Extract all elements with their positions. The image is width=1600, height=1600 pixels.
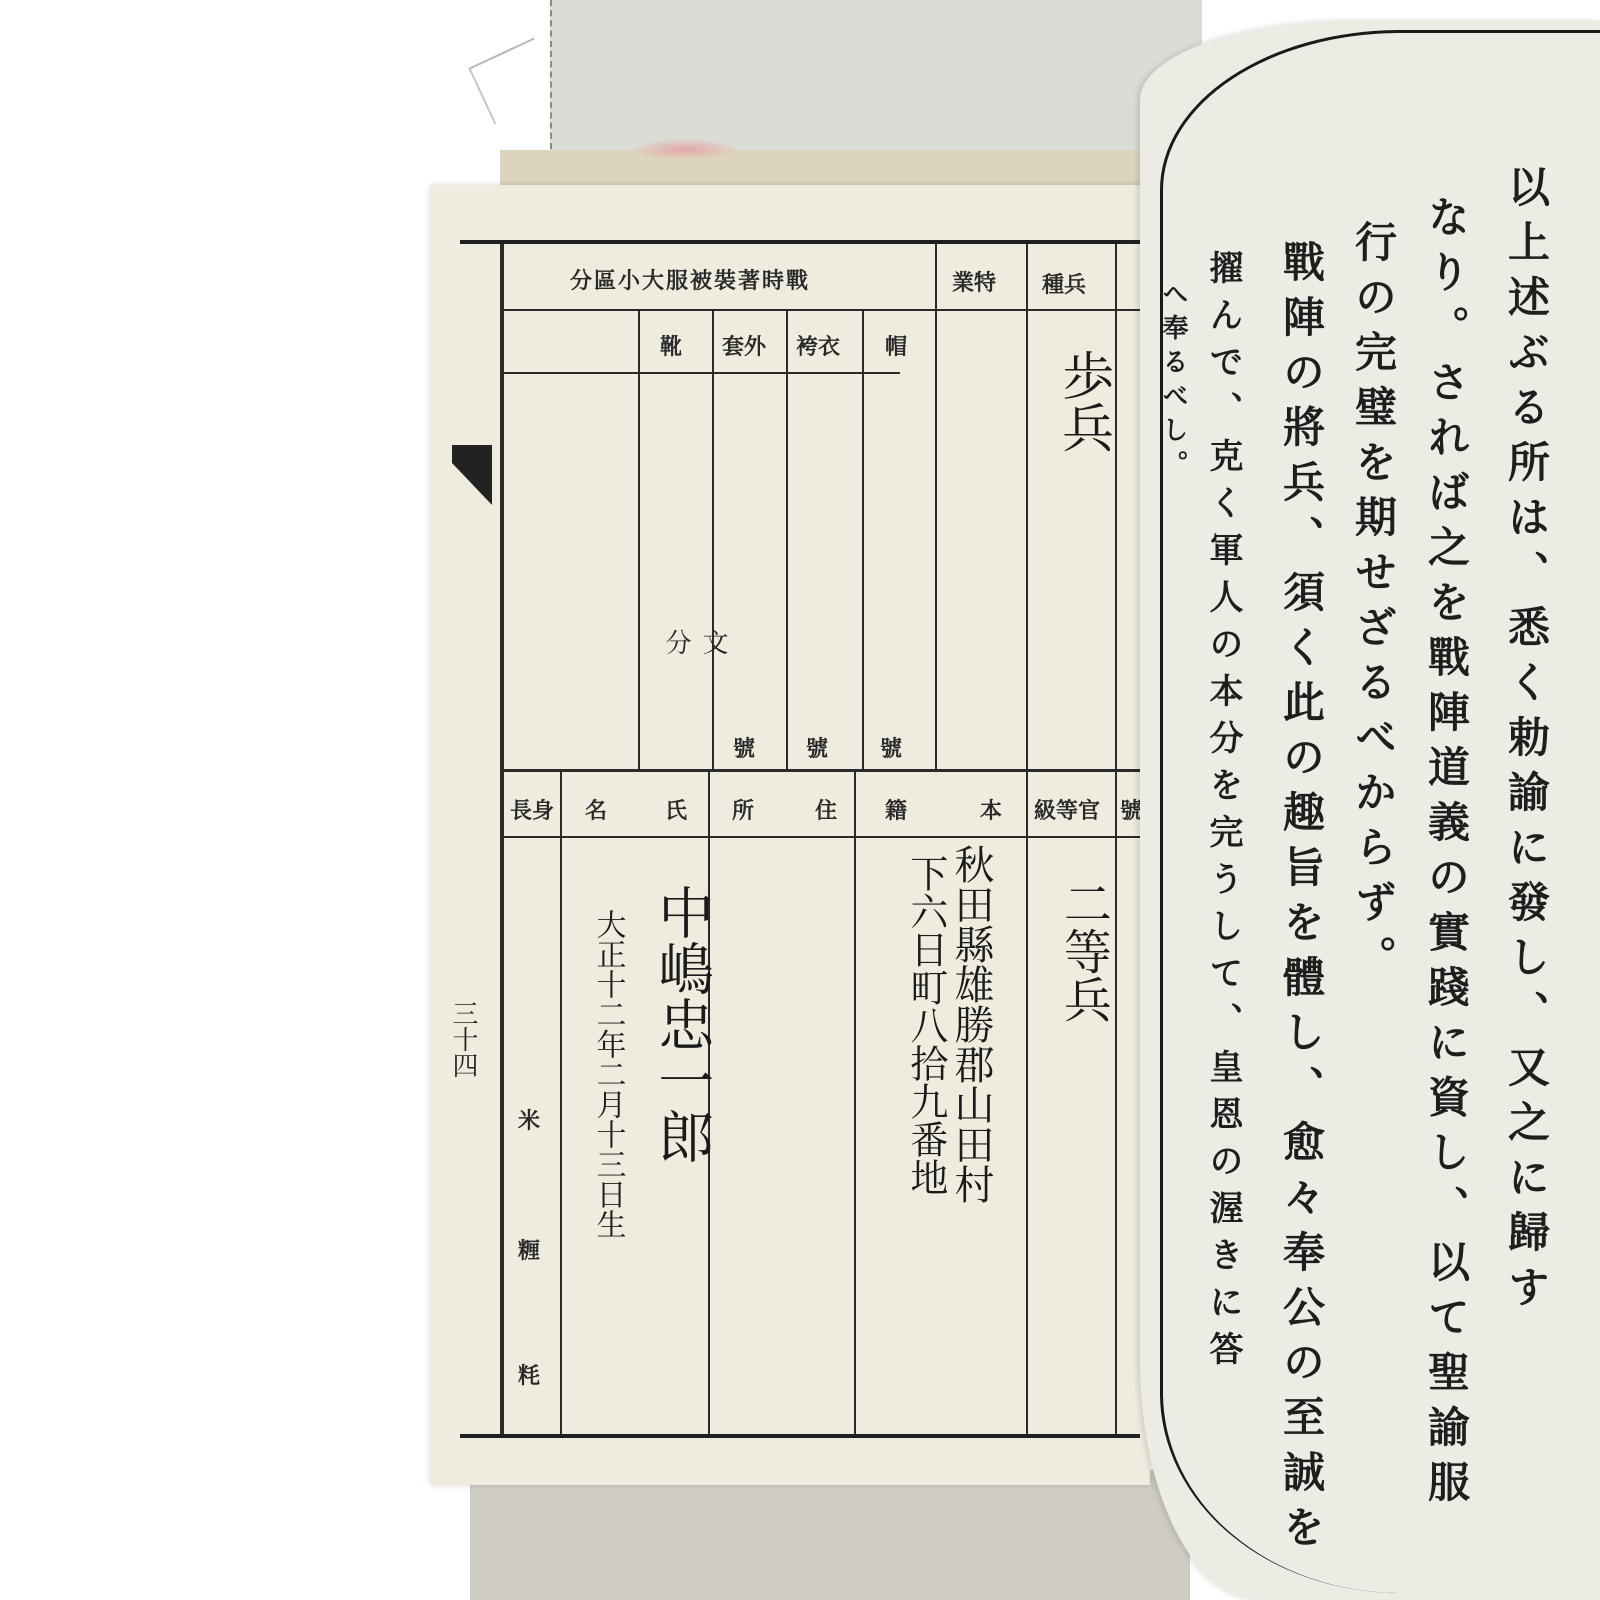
- rank-entry: 二等兵: [1058, 879, 1108, 1023]
- soldier-record-form: 分區小大服被裝著時戰 業特 種兵 靴 套外 袴衣 帽 文分 號 號 號 長身 名…: [460, 240, 1140, 1438]
- form-left-border: [500, 244, 504, 1434]
- text-column-1: 以上述ぶる所は、悉く勅諭に發し、又之に歸す: [1505, 165, 1547, 1320]
- address-label-b: 住: [815, 794, 837, 825]
- page-number: 三十四: [445, 1000, 482, 1078]
- uniform-item-tunic-trousers: 袴衣: [796, 330, 840, 361]
- uniform-item-boots: 靴: [660, 330, 682, 361]
- branch-header: 種兵: [1042, 268, 1086, 299]
- wartime-uniform-header: 分區小大服被裝著時戰: [570, 264, 810, 295]
- number-label: 號: [1120, 794, 1142, 825]
- special-skill-header: 業特: [952, 266, 996, 297]
- domicile-label-a: 籍: [885, 794, 907, 825]
- uniform-item-cap: 帽: [885, 330, 907, 361]
- branch-entry-infantry: 歩兵: [1055, 349, 1110, 453]
- birthdate-entry: 大正十二年二月十三日生: [590, 909, 625, 1239]
- rule-v6: [786, 309, 788, 769]
- left-page: 分區小大服被裝著時戰 業特 種兵 靴 套外 袴衣 帽 文分 號 號 號 長身 名…: [430, 185, 1150, 1485]
- tunic-number-label: 號: [806, 732, 828, 763]
- rule-v1: [935, 244, 937, 769]
- text-column-4: 戰陣の將兵、須く此の趣旨を體し、愈々奉公の至誠を: [1280, 240, 1322, 1560]
- height-label: 長身: [510, 794, 554, 825]
- rule-v4: [638, 309, 640, 769]
- overcoat-number-label: 號: [733, 732, 755, 763]
- text-column-5: 擢んで、克く軍人の本分を完うして、皇恩の渥きに答: [1206, 250, 1240, 1378]
- domicile-label-b: 本: [980, 794, 1002, 825]
- text-column-6: へ奉るべし。: [1160, 280, 1186, 484]
- rank-label: 級等官: [1034, 794, 1100, 825]
- name-entry: 中嶋忠一郎: [648, 884, 715, 1164]
- cap-number-label: 號: [880, 732, 902, 763]
- rule-items: [500, 372, 900, 374]
- rule-v3: [1115, 244, 1117, 1434]
- unit-millimeter: 粍: [518, 1359, 540, 1390]
- rule-v8: [560, 769, 562, 1434]
- domicile-entry-line1: 秋田縣雄勝郡山田村: [950, 844, 992, 1204]
- cloth-cover-bottom: [470, 1470, 1190, 1600]
- boots-size-label: 文分: [658, 629, 732, 759]
- rule-v10: [854, 769, 856, 1434]
- text-column-3: 行の完璧を期せざるべからず。: [1352, 220, 1394, 990]
- red-stain: [630, 138, 740, 160]
- rule-v11: [1026, 769, 1028, 1434]
- name-label-a: 名: [585, 794, 607, 825]
- text-column-2: なり。されば之を戰陣道義の實踐に資し、以て聖諭服: [1425, 195, 1467, 1515]
- rule-mid: [500, 769, 1140, 772]
- address-label-a: 所: [732, 794, 754, 825]
- unit-meter: 米: [518, 1104, 540, 1135]
- domicile-entry-line2: 下六日町八拾九番地: [905, 854, 945, 1196]
- rule-v7: [862, 309, 864, 769]
- rule-v2: [1026, 244, 1028, 769]
- rule-row-headers: [500, 836, 1140, 838]
- unit-centimeter: 糎: [518, 1234, 540, 1265]
- binding-thread: [468, 38, 559, 125]
- rule-header: [500, 309, 1140, 311]
- name-label-b: 氏: [665, 794, 687, 825]
- uniform-item-overcoat: 套外: [722, 330, 766, 361]
